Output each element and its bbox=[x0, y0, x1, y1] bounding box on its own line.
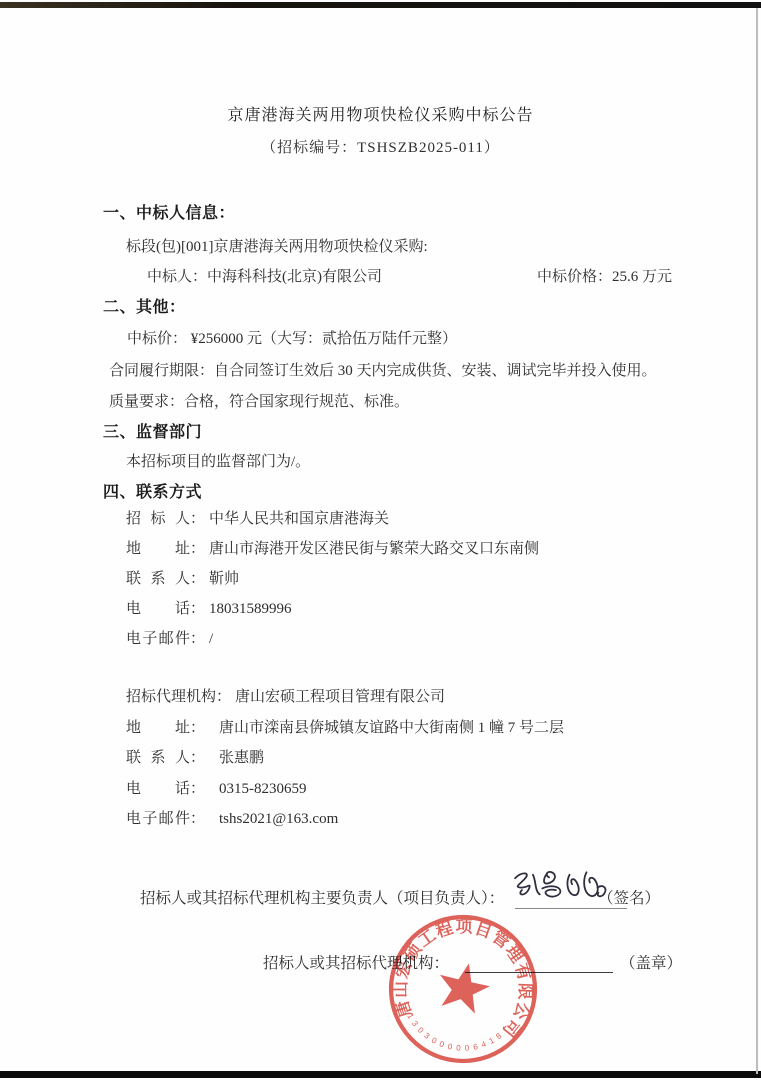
supervision-line: 本招标项目的监督部门为/。 bbox=[126, 453, 310, 472]
tenderer-phone-row: 电话：18031589996 bbox=[126, 600, 292, 619]
responsible-person-line: 招标人或其招标代理机构主要负责人（项目负责人）： bbox=[140, 889, 504, 908]
agency-org-label: 招标代理机构 bbox=[126, 688, 216, 707]
agency-email-row: 电子邮件：tshs2021@163.com bbox=[126, 810, 338, 829]
tenderer-contact-row: 联系人：靳帅 bbox=[126, 570, 239, 589]
scan-edge-top bbox=[0, 2, 761, 8]
colon: ： bbox=[190, 510, 205, 529]
tenderer-name: 中华人民共和国京唐港海关 bbox=[209, 511, 389, 527]
tenderer-contact-label: 联系人 bbox=[126, 570, 190, 589]
agency-phone-row: 电话：0315-8230659 bbox=[126, 780, 307, 799]
colon: ： bbox=[190, 600, 205, 619]
lot-line: 标段(包)[001]京唐港海关两用物项快检仪采购: bbox=[126, 238, 428, 257]
winner-name: 中标人：中海科科技(北京)有限公司 bbox=[147, 269, 382, 285]
company-seal: 唐山宏硕工程项目管理有限公司 1303000006418 bbox=[372, 898, 554, 1080]
colon: ： bbox=[190, 749, 205, 768]
tenderer-address-row: 地址：唐山市海港开发区港民街与繁荣大路交叉口东南侧 bbox=[126, 540, 539, 559]
winner-price: 中标价格：25.6 万元 bbox=[537, 268, 672, 287]
stamp-suffix: （盖章） bbox=[620, 954, 682, 973]
agency-contact-label: 联系人 bbox=[126, 749, 190, 768]
document-title: 京唐港海关两用物项快检仪采购中标公告 bbox=[0, 106, 761, 126]
scan-edge-bottom bbox=[0, 1071, 761, 1078]
responsible-prefix: 招标人或其招标代理机构主要负责人（项目负责人）： bbox=[140, 890, 504, 907]
agency-contact: 张惠鹏 bbox=[219, 750, 264, 766]
winner-line: 中标人：中海科科技(北京)有限公司 中标价格：25.6 万元 bbox=[147, 268, 382, 287]
colon: ： bbox=[190, 810, 205, 829]
tenderer-address: 唐山市海港开发区港民街与繁荣大路交叉口东南侧 bbox=[209, 541, 539, 557]
colon: ： bbox=[190, 780, 205, 799]
tenderer-phone-label: 电话 bbox=[126, 600, 190, 619]
tenderer-email: / bbox=[209, 631, 213, 647]
agency-email-label: 电子邮件 bbox=[126, 810, 190, 829]
tenderer-email-label: 电子邮件 bbox=[126, 630, 190, 649]
agency-contact-row: 联系人：张惠鹏 bbox=[126, 749, 264, 768]
section2-heading: 二、其他： bbox=[103, 298, 186, 318]
colon: ： bbox=[190, 540, 205, 559]
tenderer-contact: 靳帅 bbox=[209, 571, 239, 587]
seal-star bbox=[433, 958, 494, 1016]
tenderer-name-row: 招标人：中华人民共和国京唐港海关 bbox=[126, 510, 389, 529]
agency-address-row: 地址：唐山市滦南县倴城镇友谊路中大街南侧 1 幢 7 号二层 bbox=[126, 719, 564, 738]
colon: ： bbox=[190, 570, 205, 589]
scanned-document-page: 京唐港海关两用物项快检仪采购中标公告 （招标编号：TSHSZB2025-011）… bbox=[0, 0, 761, 1080]
agency-address-label: 地址 bbox=[126, 719, 190, 738]
colon: ： bbox=[216, 688, 231, 707]
colon: ： bbox=[190, 630, 205, 649]
agency-phone-label: 电话 bbox=[126, 780, 190, 799]
bid-number-line: （招标编号：TSHSZB2025-011） bbox=[0, 139, 761, 158]
handwritten-signature: 张惠鹏 bbox=[510, 861, 612, 909]
contract-term-line: 合同履行期限：自合同签订生效后 30 天内完成供货、安装、调试完毕并投入使用。 bbox=[109, 362, 657, 381]
tenderer-email-row: 电子邮件：/ bbox=[126, 630, 213, 649]
tenderer-address-label: 地址 bbox=[126, 540, 190, 559]
agency-org: 唐山宏硕工程项目管理有限公司 bbox=[235, 689, 445, 705]
sign-suffix: （签名） bbox=[598, 889, 660, 908]
section1-heading: 一、中标人信息： bbox=[103, 204, 235, 224]
agency-phone: 0315-8230659 bbox=[219, 781, 307, 797]
agency-address: 唐山市滦南县倴城镇友谊路中大街南侧 1 幢 7 号二层 bbox=[219, 720, 564, 736]
section4-heading: 四、联系方式 bbox=[103, 483, 202, 503]
tenderer-phone: 18031589996 bbox=[209, 601, 292, 617]
agency-email: tshs2021@163.com bbox=[219, 811, 338, 827]
colon: ： bbox=[190, 719, 205, 738]
section3-heading: 三、监督部门 bbox=[103, 423, 202, 443]
scan-edge-right bbox=[756, 8, 758, 1074]
quality-line: 质量要求：合格，符合国家现行规范、标准。 bbox=[109, 393, 409, 412]
tenderer-name-label: 招标人 bbox=[126, 510, 190, 529]
agency-org-row: 招标代理机构：唐山宏硕工程项目管理有限公司 bbox=[126, 688, 445, 707]
award-price-line: 中标价： ¥256000 元（大写：贰拾伍万陆仟元整） bbox=[127, 330, 457, 349]
